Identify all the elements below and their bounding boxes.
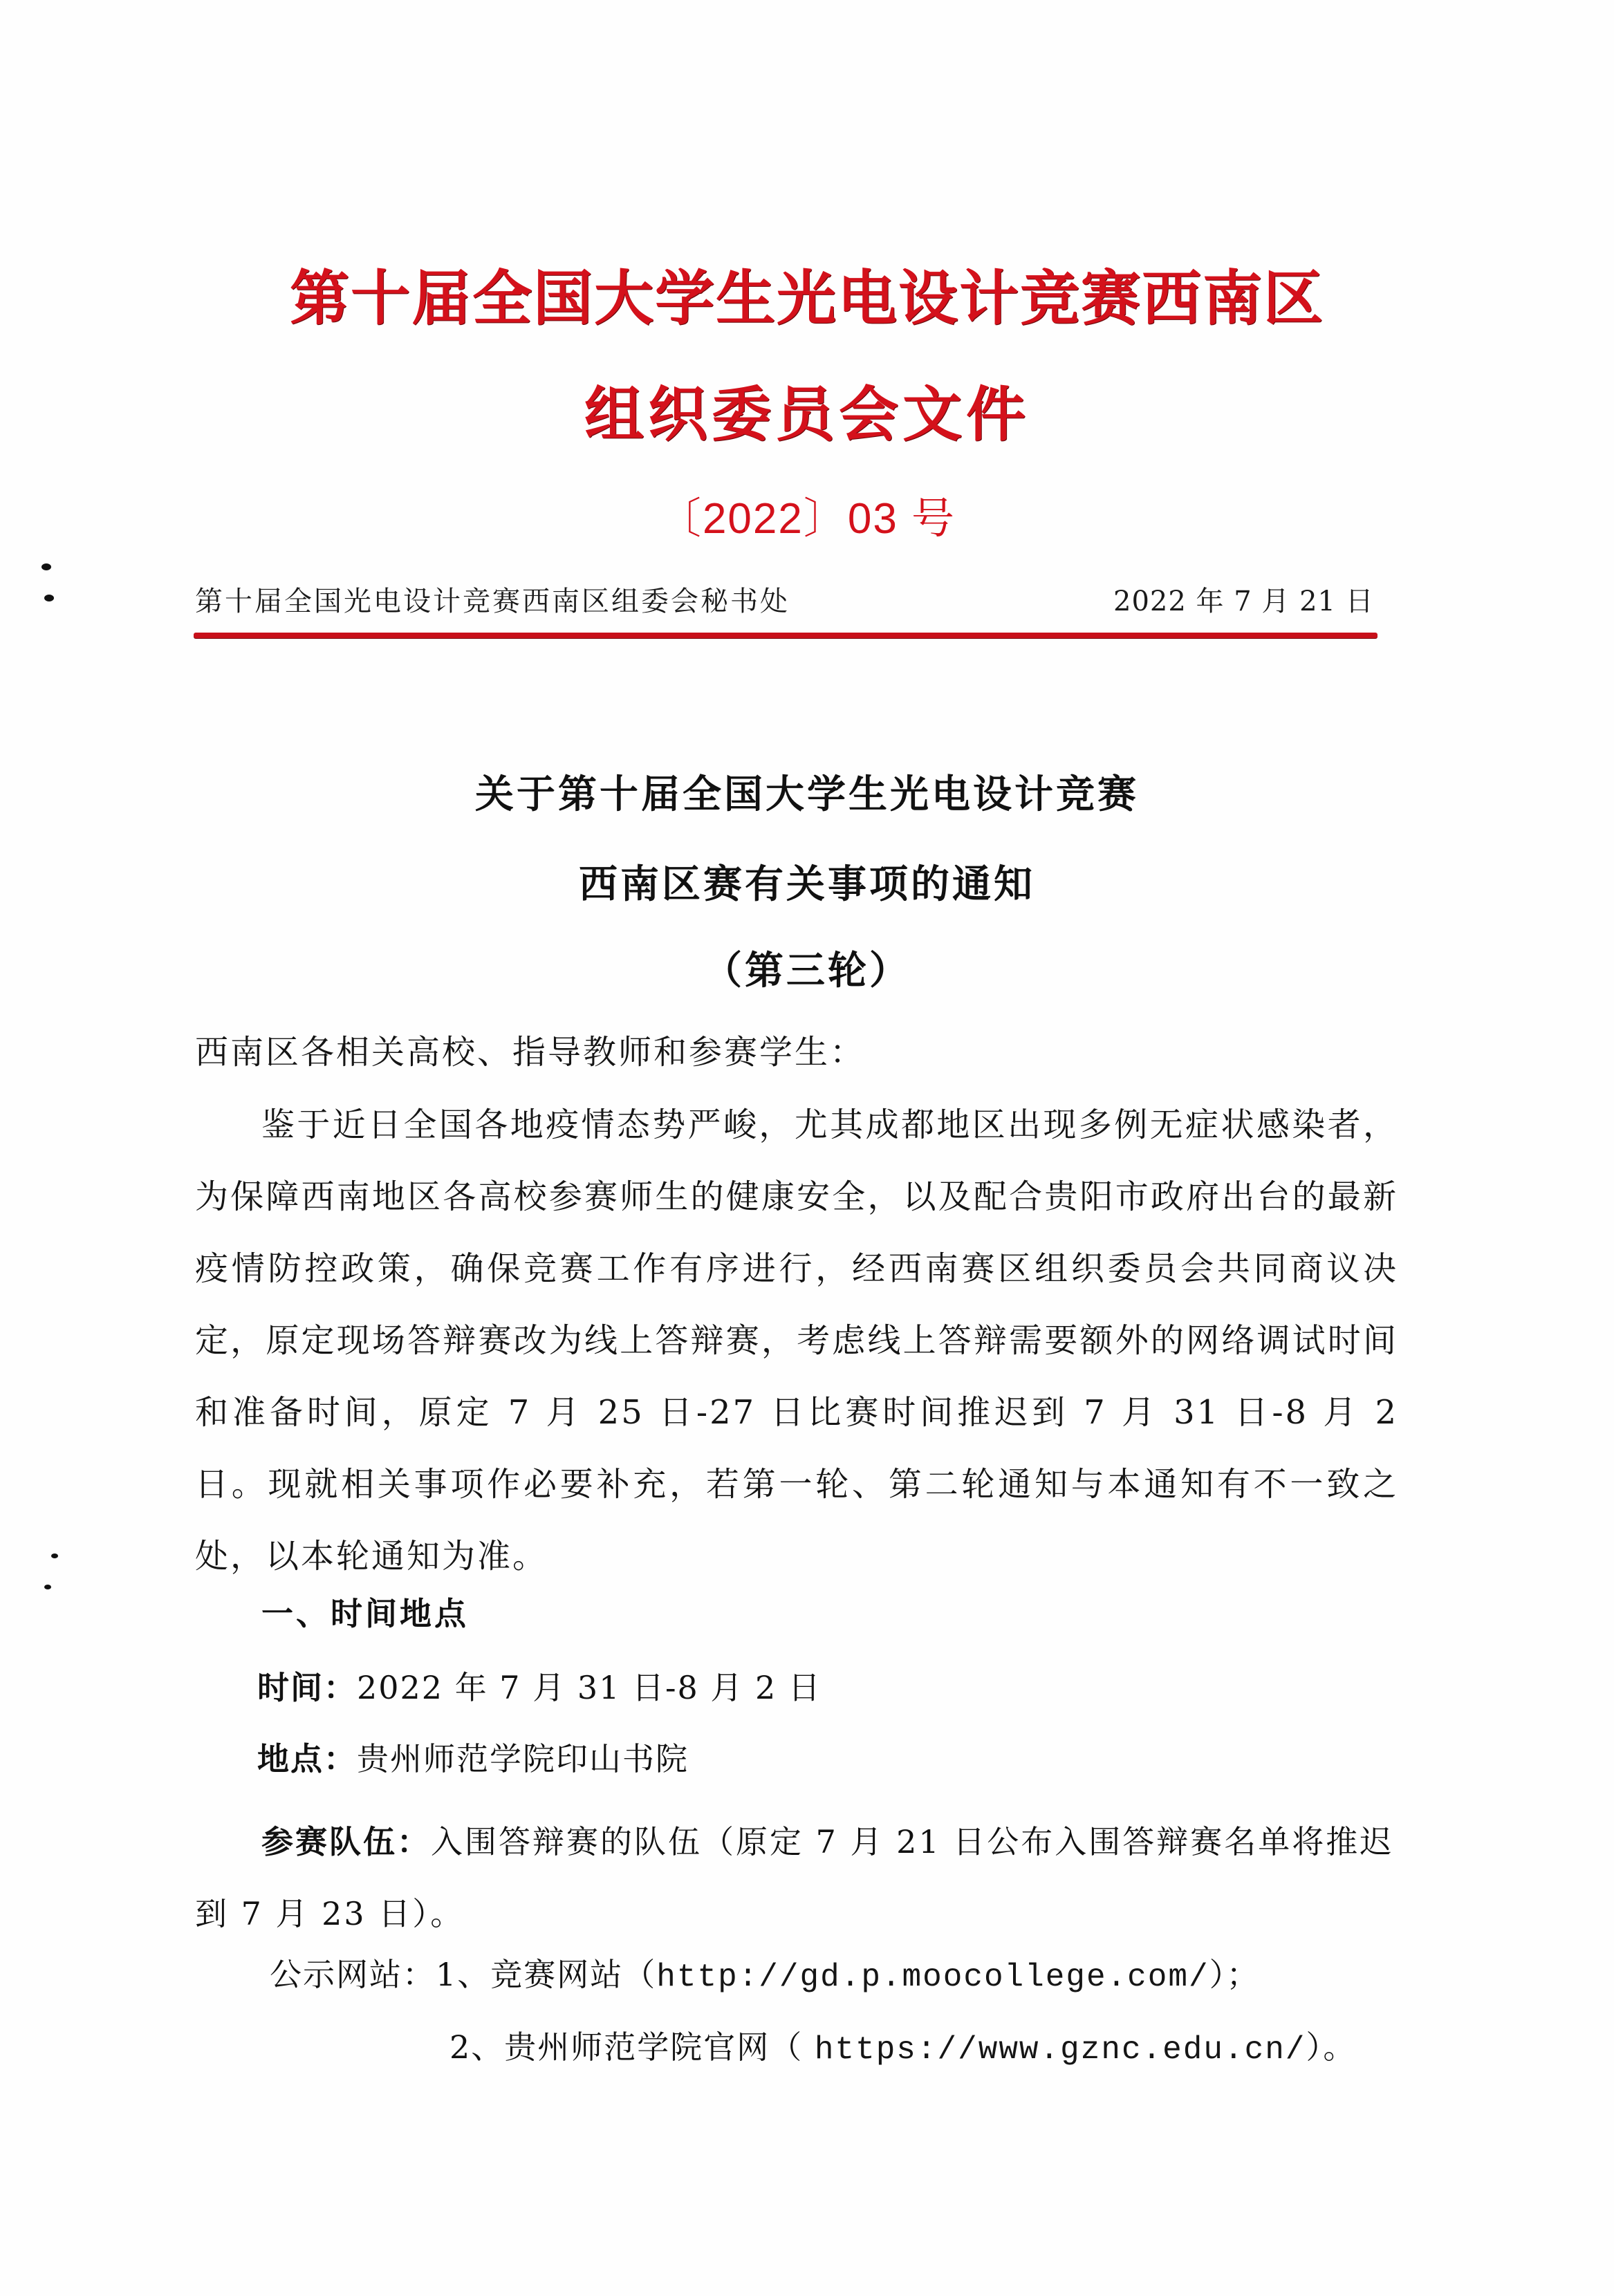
notice-title-line1: 关于第十届全国大学生光电设计竞赛 [0,764,1614,819]
issuing-office: 第十届全国光电设计竞赛西南区组委会秘书处 [195,579,790,619]
teams-row: 参赛队伍：入围答辩赛的队伍（原定 7 月 21 日公布入围答辩赛名单将推迟到 7… [195,1806,1398,1950]
binder-hole-mark [51,1553,58,1558]
site2-suffix: ）。 [1306,2028,1356,2066]
time-value: 2022 年 7 月 31 日-8 月 2 日 [357,1669,822,1706]
competition-website-link[interactable]: http://gd.p.moocollege.com/ [656,1959,1209,1995]
site1-prefix: 1、竞赛网站（ [436,1956,656,1993]
masthead-title-line2: 组织委员会文件 [0,366,1614,452]
notice-title-round: （第三轮） [0,940,1614,996]
section-heading-time-place: 一、时间地点 [261,1589,469,1634]
websites-label: 公示网站： [270,1956,436,1993]
document-number: 〔2022〕03 号 [0,484,1614,545]
place-label: 地点： [257,1740,357,1777]
site2-prefix: 2、贵州师范学院官网（ [449,2028,815,2066]
time-label: 时间： [257,1669,357,1706]
binder-hole-mark [44,595,54,601]
place-value: 贵州师范学院印山书院 [357,1740,689,1777]
masthead-title-line1: 第十届全国大学生光电设计竞赛西南区 [0,250,1614,336]
place-row: 地点：贵州师范学院印山书院 [257,1734,689,1780]
teams-label: 参赛队伍： [261,1823,431,1860]
issue-date: 2022 年 7 月 21 日 [1113,579,1374,619]
body-paragraph: 鉴于近日全国各地疫情态势严峻，尤其成都地区出现多例无症状感染者，为保障西南地区各… [195,1089,1398,1592]
website-row-1: 公示网站：1、竞赛网站（http://gd.p.moocollege.com/）… [270,1950,1260,1995]
notice-title-line2: 西南区赛有关事项的通知 [0,854,1614,909]
red-divider [194,633,1378,638]
binder-hole-mark [41,563,51,570]
gznc-website-link[interactable]: https://www.gznc.edu.cn/ [815,2032,1306,2068]
salutation: 西南区各相关高校、指导教师和参赛学生： [195,1016,1398,1088]
time-row: 时间：2022 年 7 月 31 日-8 月 2 日 [257,1663,822,1708]
binder-hole-mark [44,1585,51,1589]
website-row-2: 2、贵州师范学院官网（ https://www.gznc.edu.cn/）。 [449,2022,1356,2068]
document-page: 第十届全国大学生光电设计竞赛西南区 组织委员会文件 〔2022〕03 号 第十届… [0,0,1614,2296]
site1-suffix: ）； [1209,1956,1260,1993]
